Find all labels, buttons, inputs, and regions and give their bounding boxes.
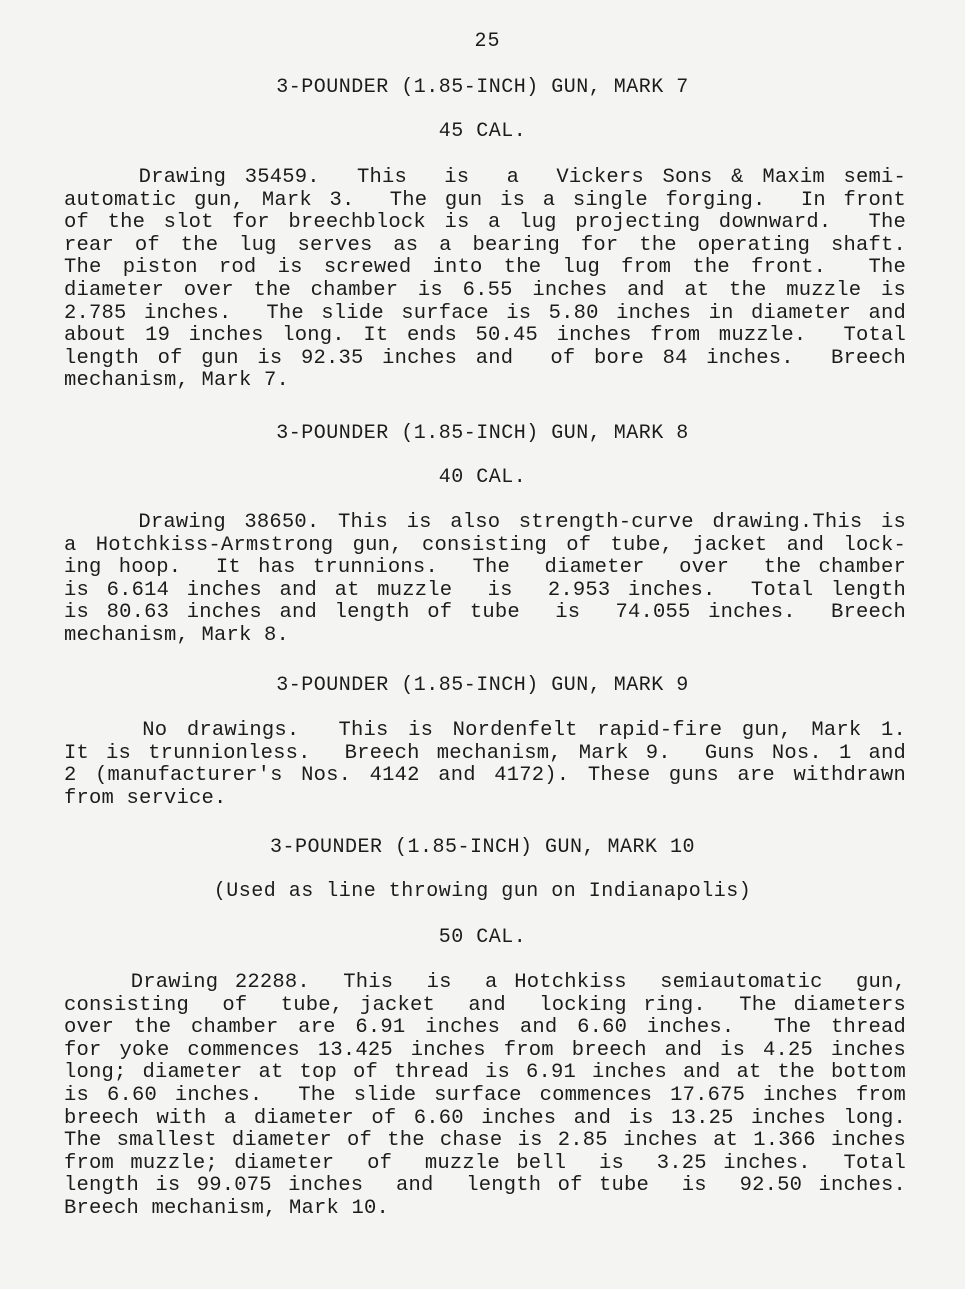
paragraph-mark-9: No drawings. This is Nordenfelt rapid-fi… [64,720,906,810]
section-title-mark-8: 3-POUNDER (1.85-INCH) GUN, MARK 8 [0,422,965,445]
text-line: The piston rod is screwed into the lug f… [64,257,906,280]
paragraph-mark-10: Drawing 22288. This is a Hotchkiss semia… [64,972,906,1221]
text-line: is 6.60 inches. The slide surface commen… [64,1085,906,1108]
text-line: from muzzle; diameter of muzzle bell is … [64,1153,906,1176]
text-line: breech with a diameter of 6.60 inches an… [64,1108,906,1131]
section-note-mark-10: (Used as line throwing gun on Indianapol… [0,880,965,903]
text-line: Breech mechanism, Mark 10. [64,1198,906,1221]
section-title-mark-10: 3-POUNDER (1.85-INCH) GUN, MARK 10 [0,836,965,859]
text-line: of the slot for breechblock is a lug pro… [64,212,906,235]
text-line: a Hotchkiss-Armstrong gun, consisting of… [64,535,906,558]
section-subtitle-mark-10: 50 CAL. [0,926,965,949]
text-line: mechanism, Mark 7. [64,370,906,393]
text-line: from service. [64,788,906,811]
text-line: long; diameter at top of thread is 6.91 … [64,1062,906,1085]
text-line: mechanism, Mark 8. [64,625,906,648]
text-line: ing hoop. It has trunnions. The diameter… [64,557,906,580]
page-number: 25 [0,30,965,53]
text-line: is 6.614 inches and at muzzle is 2.953 i… [64,580,906,603]
text-line: diameter over the chamber is 6.55 inches… [64,280,906,303]
text-line: automatic gun, Mark 3. The gun is a sing… [64,190,906,213]
text-line: Drawing 35459. This is a Vickers Sons & … [64,167,906,190]
section-subtitle-mark-8: 40 CAL. [0,466,965,489]
text-line: Drawing 38650. This is also strength-cur… [64,512,906,535]
text-line: length of gun is 92.35 inches and of bor… [64,348,906,371]
text-line: It is trunnionless. Breech mechanism, Ma… [64,743,906,766]
paragraph-mark-8: Drawing 38650. This is also strength-cur… [64,512,906,648]
text-line: No drawings. This is Nordenfelt rapid-fi… [64,720,906,743]
text-line: length is 99.075 inches and length of tu… [64,1175,906,1198]
text-line: Drawing 22288. This is a Hotchkiss semia… [64,972,906,995]
text-line: The smallest diameter of the chase is 2.… [64,1130,906,1153]
section-title-mark-7: 3-POUNDER (1.85-INCH) GUN, MARK 7 [0,76,965,99]
text-line: is 80.63 inches and length of tube is 74… [64,602,906,625]
text-line: over the chamber are 6.91 inches and 6.6… [64,1017,906,1040]
text-line: rear of the lug serves as a bearing for … [64,235,906,258]
text-line: about 19 inches long. It ends 50.45 inch… [64,325,906,348]
text-line: 2 (manufacturer's Nos. 4142 and 4172). T… [64,765,906,788]
document-page: 25 3-POUNDER (1.85-INCH) GUN, MARK 7 45 … [0,0,965,1289]
section-title-mark-9: 3-POUNDER (1.85-INCH) GUN, MARK 9 [0,674,965,697]
paragraph-mark-7: Drawing 35459. This is a Vickers Sons & … [64,167,906,393]
text-line: 2.785 inches. The slide surface is 5.80 … [64,303,906,326]
section-subtitle-mark-7: 45 CAL. [0,120,965,143]
text-line: consisting of tube, jacket and locking r… [64,995,906,1018]
text-line: for yoke commences 13.425 inches from br… [64,1040,906,1063]
